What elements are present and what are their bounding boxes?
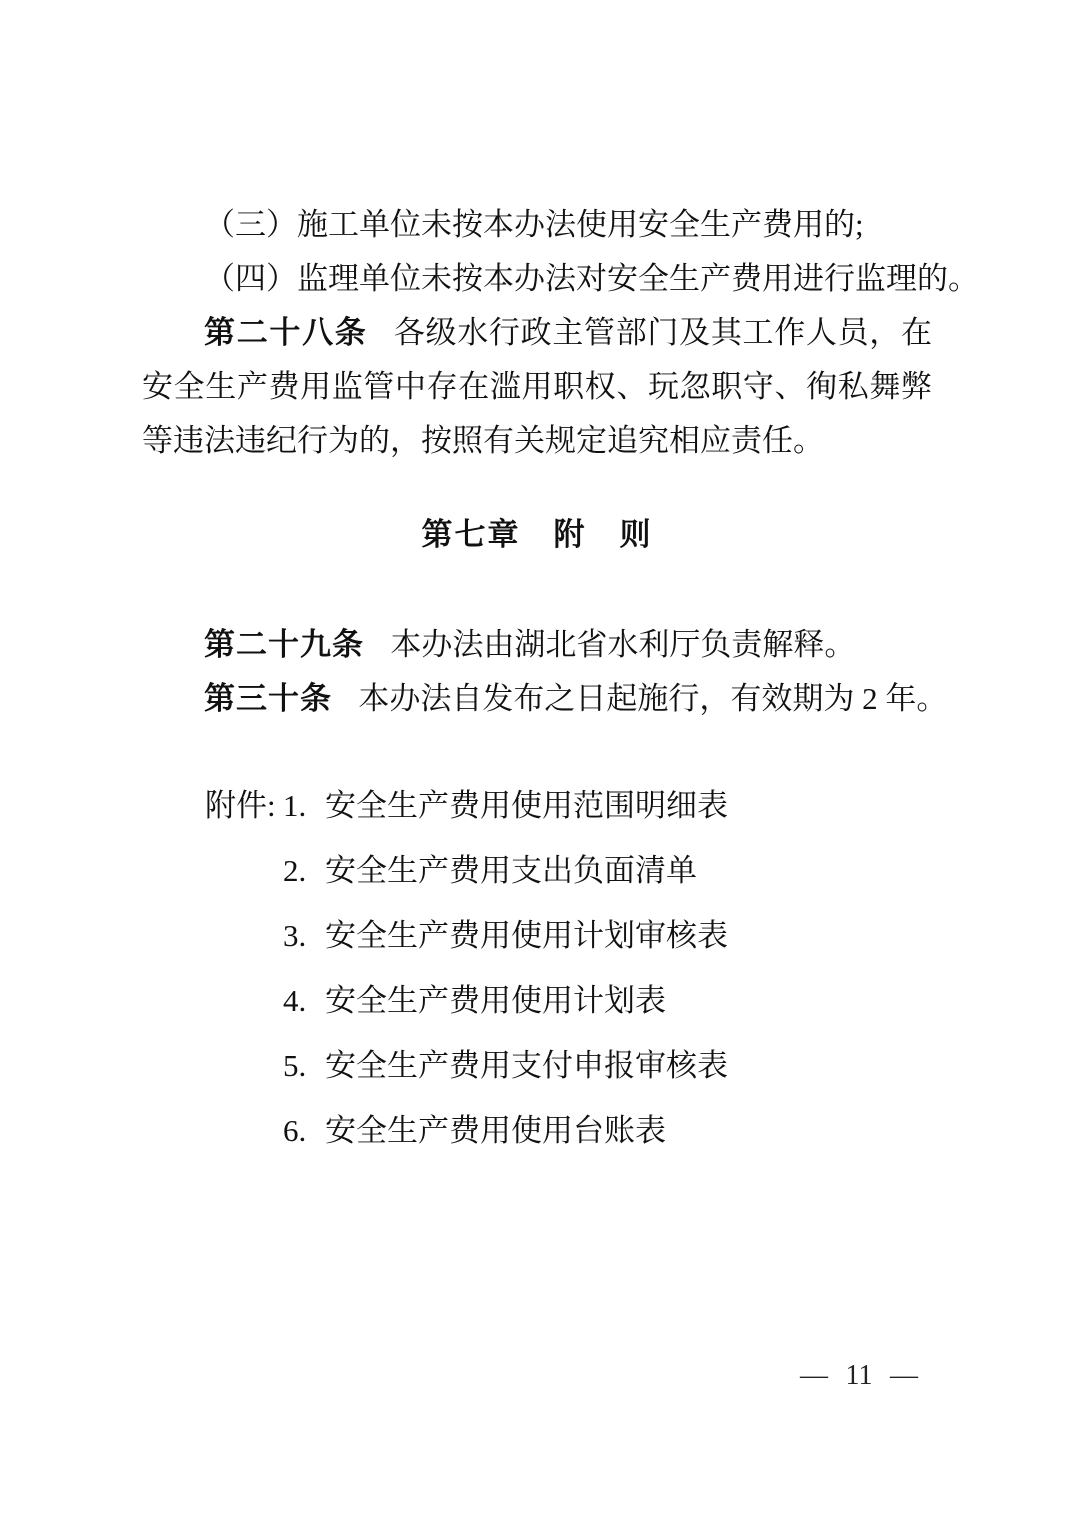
attachment-number: 1. — [283, 773, 306, 838]
attachment-number: 2. — [283, 838, 306, 903]
attachment-title: 安全生产费用使用计划审核表 — [325, 918, 728, 953]
page-number-dash-left: — — [800, 1358, 828, 1394]
chapter-heading: 第七章 附 则 — [142, 508, 932, 562]
page-number-value: 11 — [846, 1358, 873, 1394]
article-30: 第三十条本办法自发布之日起施行，有效期为 2 年。 — [142, 672, 932, 726]
article-29-text: 本办法由湖北省水利厅负责解释。 — [390, 627, 855, 662]
attachment-title: 安全生产费用支付申报审核表 — [325, 1048, 728, 1083]
article-30-text: 本办法自发布之日起施行，有效期为 2 年。 — [358, 681, 947, 716]
page-content: （三）施工单位未按本办法使用安全生产费用的; （四）监理单位未按本办法对安全生产… — [142, 198, 932, 1163]
clause-item-four: （四）监理单位未按本办法对安全生产费用进行监理的。 — [142, 252, 932, 306]
attachment-title: 安全生产费用支出负面清单 — [325, 853, 697, 888]
article-28: 第二十八条各级水行政主管部门及其工作人员，在安全生产费用监管中存在滥用职权、玩忽… — [142, 306, 932, 468]
article-29-number: 第二十九条 — [204, 627, 364, 662]
attachment-item: 3. 安全生产费用使用计划审核表 — [142, 903, 932, 968]
attachment-title: 安全生产费用使用台账表 — [325, 1113, 666, 1148]
attachment-number: 3. — [283, 903, 306, 968]
attachment-number: 5. — [283, 1033, 306, 1098]
page-number-dash-right: — — [890, 1358, 918, 1394]
document-page: （三）施工单位未按本办法使用安全生产费用的; （四）监理单位未按本办法对安全生产… — [0, 0, 1074, 1520]
attachment-item: 附件: 1. 安全生产费用使用范围明细表 — [142, 773, 932, 838]
attachment-item: 2. 安全生产费用支出负面清单 — [142, 838, 932, 903]
article-30-number: 第三十条 — [204, 681, 332, 716]
attachment-number: 4. — [283, 968, 306, 1033]
attachment-title: 安全生产费用使用范围明细表 — [325, 788, 728, 823]
attachments-list: 附件: 1. 安全生产费用使用范围明细表 2. 安全生产费用支出负面清单 3. … — [142, 773, 932, 1163]
attachment-title: 安全生产费用使用计划表 — [325, 983, 666, 1018]
article-29: 第二十九条本办法由湖北省水利厅负责解释。 — [142, 618, 932, 672]
clause-item-three: （三）施工单位未按本办法使用安全生产费用的; — [142, 198, 932, 252]
attachment-number: 6. — [283, 1098, 306, 1163]
attachment-item: 5. 安全生产费用支付申报审核表 — [142, 1033, 932, 1098]
attachment-item: 6. 安全生产费用使用台账表 — [142, 1098, 932, 1163]
attachments-label: 附件: — [205, 773, 276, 838]
article-28-number: 第二十八条 — [204, 315, 368, 350]
page-number: — 11 — — [800, 1358, 918, 1394]
attachment-item: 4. 安全生产费用使用计划表 — [142, 968, 932, 1033]
